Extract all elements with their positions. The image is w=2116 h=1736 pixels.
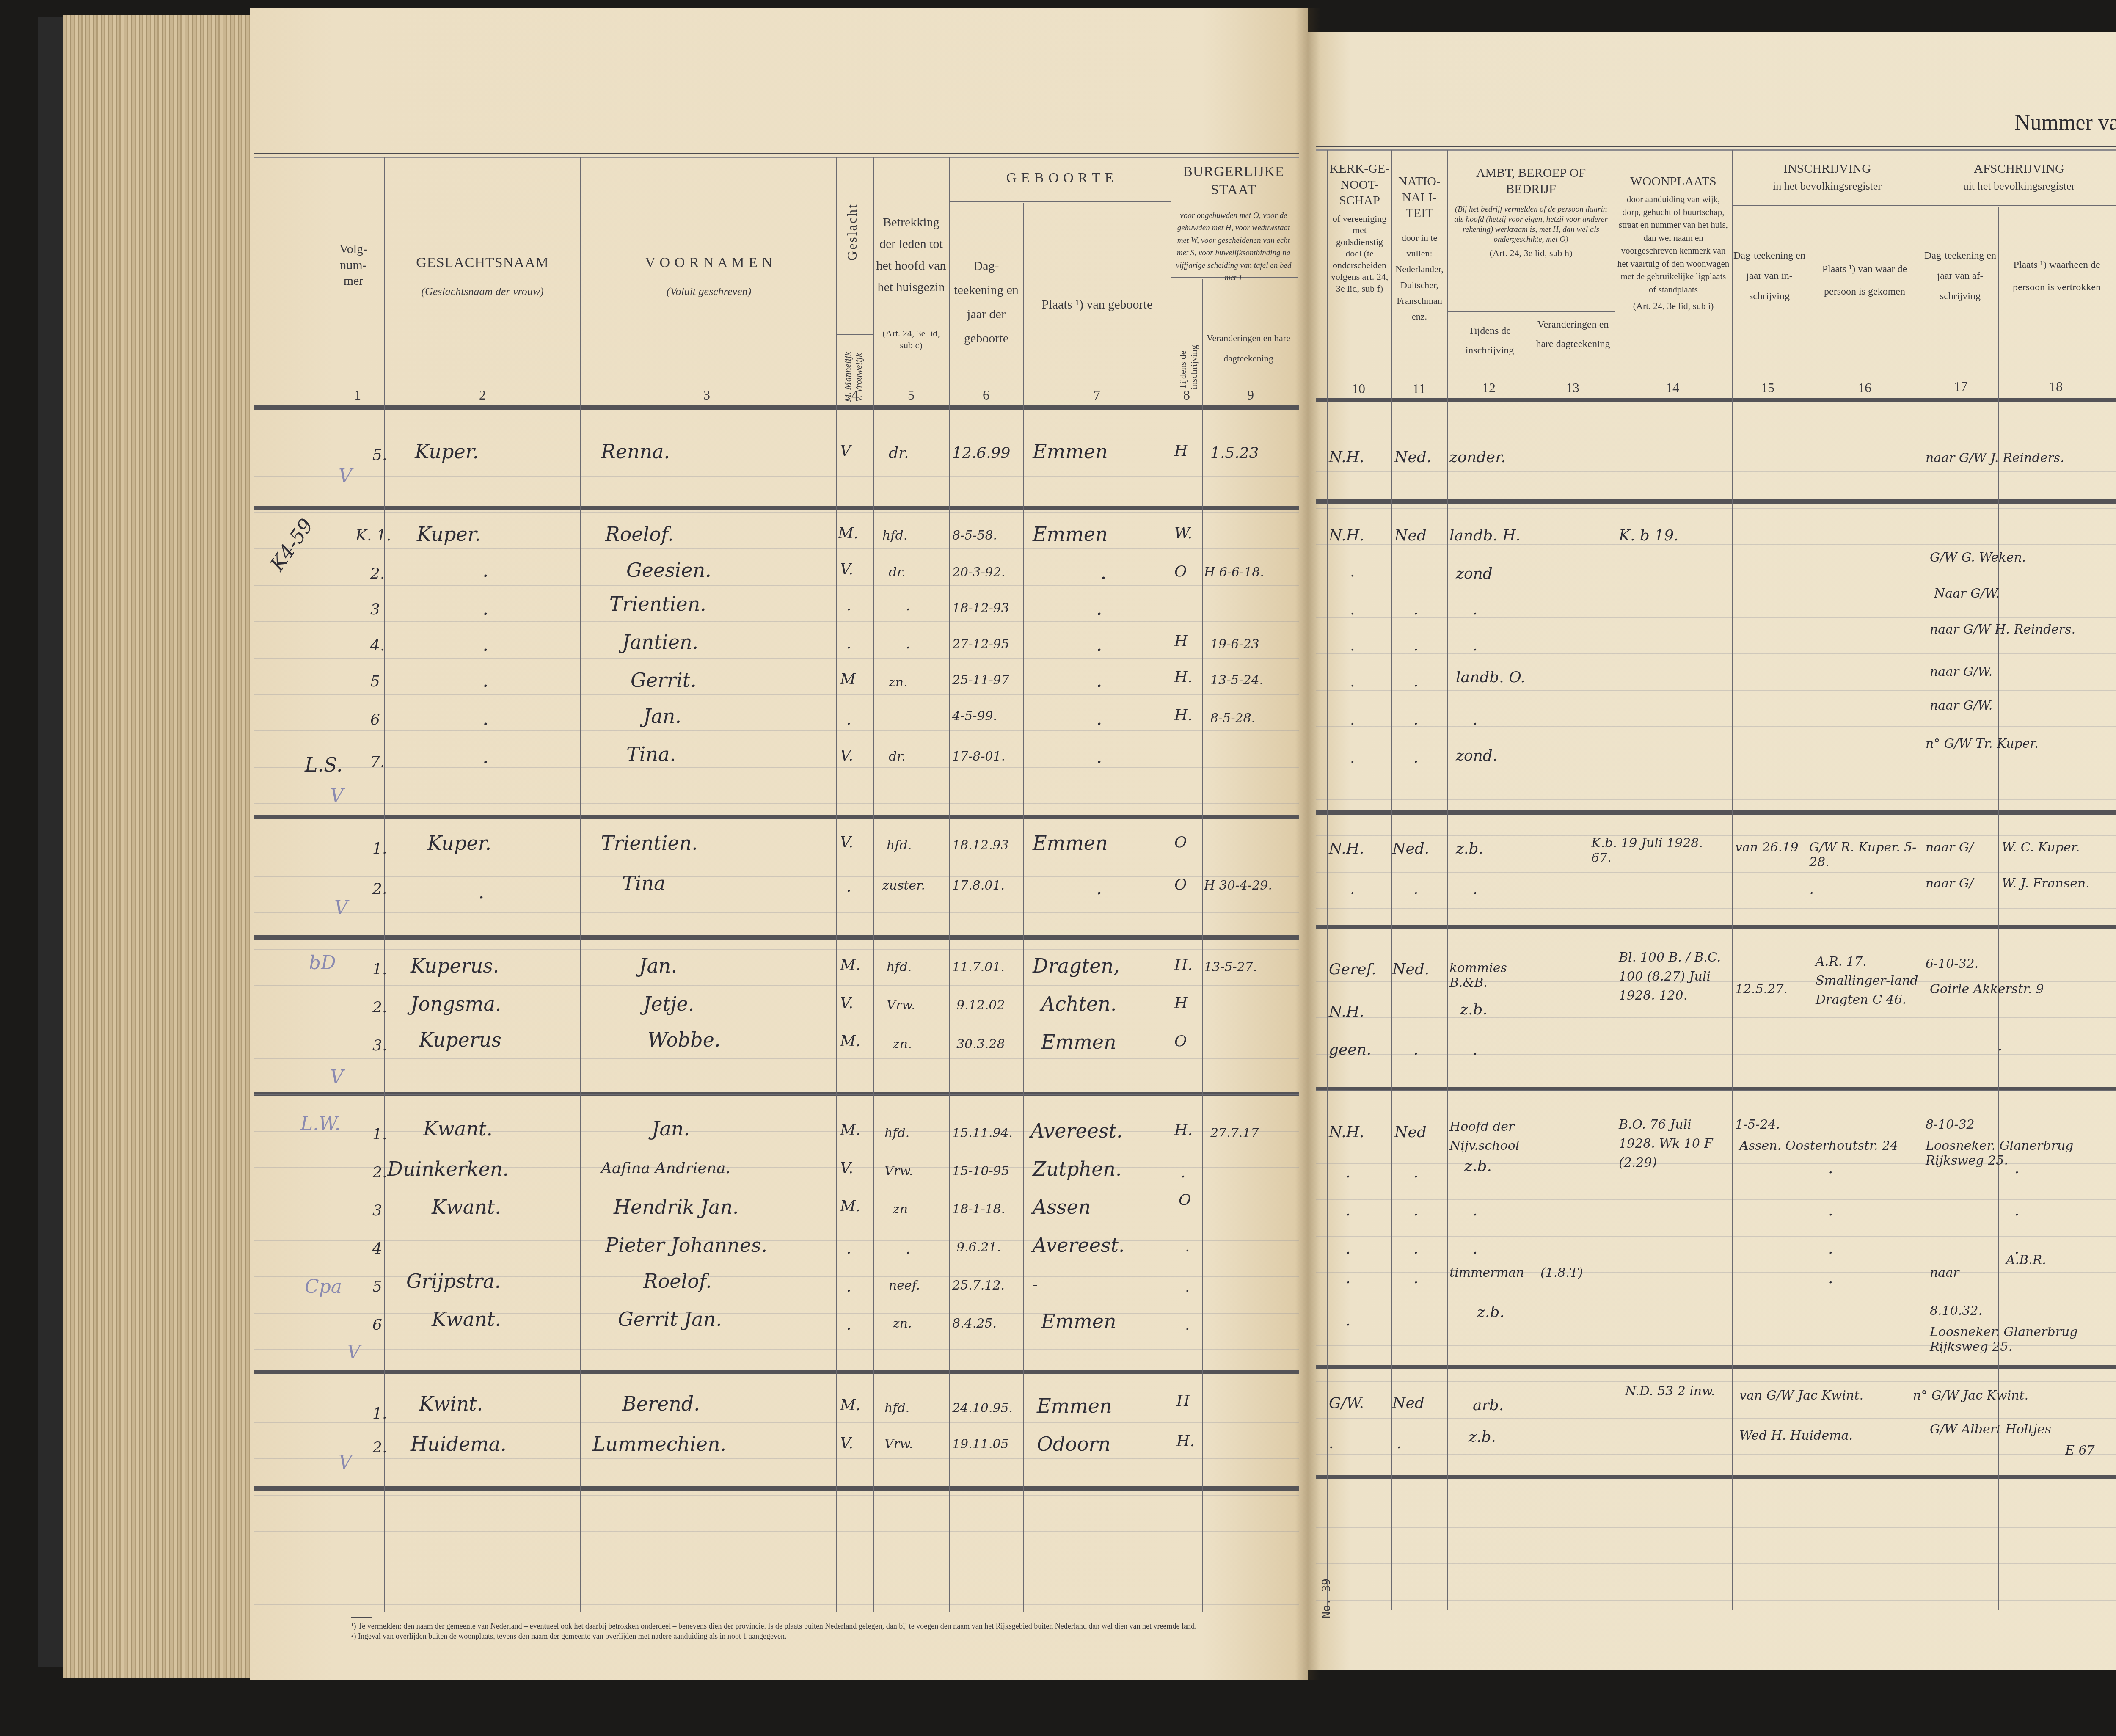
cell-ins-date: van 26.19	[1735, 840, 1799, 855]
cell-out-date: G/W Albert Holtjes	[1930, 1422, 2051, 1437]
cell-given: Jetje.	[643, 992, 694, 1015]
cell-out-to: W. C. Kuper.	[2002, 840, 2080, 855]
header-ambt-note: (Bij het bedrijf vermelden of de persoon…	[1449, 204, 1612, 245]
col-number: 1	[341, 387, 375, 403]
col-divider	[836, 157, 837, 1612]
header-geboorte-title: G E B O O R T E	[1006, 170, 1114, 186]
cell-nr: 3	[372, 1202, 382, 1219]
col-number: 9	[1234, 387, 1267, 403]
col-number: 17	[1944, 379, 1978, 394]
cell-relation: dr.	[889, 565, 906, 580]
cell-nationality: Ned.	[1392, 961, 1429, 978]
cell-sex: .	[846, 1278, 851, 1295]
cell-sex: M.	[840, 1198, 860, 1215]
cell-nationality: .	[1413, 749, 1418, 766]
cell-relation: hfd.	[884, 1401, 909, 1416]
col-number: 11	[1402, 381, 1436, 397]
header-geb-datum: Dag-teekening en jaar der geboorte	[951, 254, 1021, 350]
cell-birth-place: .	[1096, 745, 1102, 768]
col-divider	[949, 157, 950, 1612]
cell-civil: H	[1174, 442, 1187, 460]
geboorte-sub-rule	[949, 201, 1171, 202]
cell-birth-place: Emmen	[1037, 1394, 1112, 1417]
header-insch-datum: Dag-teekening en jaar van in-schrijving	[1733, 245, 1806, 306]
cell-relation: Vrw.	[884, 1164, 913, 1179]
insch-sub-rule	[1732, 205, 1923, 206]
cell-ins-from: G/W R. Kuper. 5-28.	[1809, 840, 1919, 870]
cell-surname: Kuperus	[419, 1028, 501, 1051]
cell-sex: V.	[840, 1435, 853, 1452]
cell-civil-change: 27.7.17	[1210, 1126, 1259, 1141]
header-kerk-title: KERK-GE-NOOT-SCHAP	[1329, 161, 1390, 209]
cell-out-to: Loosneker. Glanerbrug Rijksweg 25.	[1930, 1325, 2116, 1354]
cell-nr: K. 1.	[355, 527, 391, 544]
cell-surname: .	[482, 559, 489, 581]
cell-residence: N.D. 53 2 inw.	[1625, 1384, 1715, 1399]
cell-civil: O	[1174, 563, 1187, 580]
cell-civil: H.	[1174, 669, 1193, 686]
header-insch: INSCHRIJVING in het bevolkingsregister	[1733, 161, 1921, 193]
cell-given: Geesien.	[626, 559, 711, 581]
cell-relation: .	[906, 597, 910, 614]
cell-birth-date: 8-5-58.	[952, 528, 997, 543]
col-number: 5	[894, 387, 928, 403]
col-number: 13	[1556, 380, 1590, 396]
cell-surname: .	[482, 669, 489, 692]
cell-nr: 6	[372, 1316, 382, 1334]
cell-nr: 1.	[372, 1405, 387, 1422]
header-ambt-tijdens: Tijdens de inschrijving	[1449, 322, 1530, 360]
cell-birth-place: Emmen	[1033, 440, 1108, 463]
cell-surname: .	[482, 745, 489, 768]
cell-civil: O	[1174, 876, 1187, 893]
cell-nationality: .	[1413, 711, 1418, 728]
cell-civil-change: 13-5-24.	[1210, 673, 1263, 688]
header-afsch-datum: Dag-teekening en jaar van af-schrijving	[1924, 245, 1997, 306]
cell-church: .	[1346, 1202, 1350, 1219]
col-divider	[580, 157, 581, 1612]
cell-occupation: .	[1473, 601, 1477, 618]
cell-sex: V.	[840, 561, 853, 578]
cell-surname: Duinkerken.	[387, 1157, 509, 1180]
cell-relation: neef.	[889, 1278, 920, 1293]
cell-church: .	[1350, 601, 1355, 618]
cell-out-to: A.B.R.	[2006, 1253, 2046, 1268]
cell-nationality: .	[1397, 1435, 1401, 1452]
header-kerk-note: of vereeniging met godsdienstig doel (te…	[1329, 213, 1390, 295]
cell-civil-change: 19-6-23	[1210, 637, 1259, 652]
col-number: 14	[1656, 380, 1689, 396]
footnotes: ¹) Te vermelden: den naam der gemeente v…	[351, 1621, 1282, 1642]
cell-sex: .	[846, 597, 851, 614]
header-kerk: KERK-GE-NOOT-SCHAP of vereeniging met go…	[1329, 161, 1390, 294]
col-number: 18	[2039, 379, 2073, 394]
cell-birth-date: 30.3.28	[956, 1037, 1005, 1052]
margin-note: bD	[309, 952, 336, 974]
cell-civil: .	[1185, 1278, 1190, 1295]
cell-out-date: 8.10.32.	[1930, 1303, 1982, 1318]
cell-nationality: Ned	[1392, 1394, 1424, 1412]
page-stamp: No. 39	[1320, 1579, 1333, 1618]
cell-birth-place: .	[1096, 876, 1102, 899]
cell-sex: M.	[838, 525, 858, 542]
header-afsch-sub: uit het bevolkingsregister	[1924, 179, 2114, 193]
cell-out-to: naar G/W H. Reinders.	[1930, 622, 2075, 637]
cell-church: .	[1346, 1270, 1350, 1287]
col-number: 12	[1472, 380, 1506, 396]
header-ambt-title: AMBT, BEROEP OF BEDRIJF	[1449, 165, 1612, 197]
cell-birth-place: Dragten,	[1033, 954, 1120, 977]
cell-out-to: naar G/W J. Reinders.	[1926, 451, 2064, 466]
cell-given: Berend.	[622, 1392, 700, 1415]
cell-nr: 1.	[372, 961, 387, 978]
cell-given: Gerrit.	[631, 669, 697, 692]
header-volgnummer-text: Volg- num- mer	[339, 242, 367, 288]
col-number: 15	[1751, 380, 1785, 396]
cell-birth-place: Avereest.	[1033, 1234, 1125, 1257]
cell-out-to: G/W G. Weken.	[1930, 550, 2026, 565]
cell-given: Tina	[622, 872, 665, 895]
cell-sex: V.	[840, 834, 853, 851]
cell-relation: zuster.	[882, 878, 925, 893]
cell-out-to: n° G/W Tr. Kuper.	[1926, 736, 2039, 751]
cell-birth-place: Achten.	[1041, 992, 1117, 1015]
header-afsch-title: AFSCHRIJVING	[1924, 161, 2114, 177]
cell-surname: .	[482, 633, 489, 656]
col-divider	[1615, 150, 1615, 1610]
cell-birth-date: 9.6.21.	[956, 1240, 1001, 1255]
col-divider	[1391, 150, 1392, 1610]
cell-relation: Vrw.	[887, 998, 915, 1013]
cell-relation: zn	[893, 1202, 908, 1217]
cell-occupation: z.b.	[1469, 1428, 1496, 1446]
check-mark: V	[339, 1452, 352, 1473]
cell-birth-place: .	[1096, 633, 1102, 656]
cell-nationality: .	[1413, 637, 1418, 654]
cell-given: Trientien.	[609, 592, 706, 615]
cell-occupation: .	[1473, 711, 1477, 728]
col-number: 2	[466, 387, 499, 403]
cell-residence: K.b. 19 Juli 1928. 67.	[1591, 836, 1718, 865]
cell-nr: 1.	[372, 840, 387, 857]
cell-occupation: z.b.	[1460, 1001, 1488, 1018]
cell-church: .	[1346, 1164, 1350, 1181]
header-voornamen: V O O R N A M E N (Voluit geschreven)	[586, 254, 832, 298]
header-geb-datum-text: Dag-teekening en jaar der geboorte	[954, 259, 1018, 345]
cell-surname: .	[482, 707, 489, 730]
header-betrekking-note: (Art. 24, 3e lid, sub c)	[875, 328, 947, 351]
cell-ins-from: A.R. 17. Smallinger-land Dragten C 46.	[1816, 952, 1919, 1009]
header-betrekking: Betrekking der leden tot het hoofd van h…	[875, 212, 947, 351]
cell-relation: zn.	[893, 1037, 912, 1052]
cell-relation: .	[906, 1240, 910, 1257]
geslacht-sub-rule	[836, 334, 873, 335]
cell-birth-date: 20-3-92.	[952, 565, 1005, 580]
cell-out-to: naar G/W.	[1930, 698, 1992, 713]
cell-given: Aafina Andriena.	[601, 1160, 730, 1177]
cell-surname: .	[482, 597, 489, 620]
cell-birth-date: 18-12-93	[952, 601, 1009, 616]
header-voornamen-note: (Voluit geschreven)	[586, 285, 832, 299]
cell-relation: hfd.	[887, 960, 912, 975]
ambt-sub-rule	[1447, 311, 1615, 312]
cell-sex: .	[846, 711, 851, 728]
cell-civil: H.	[1174, 707, 1193, 724]
cell-civil: O	[1174, 834, 1187, 851]
cell-nr: 2.	[372, 999, 387, 1016]
header-woon: WOONPLAATS door aanduiding van wijk, dor…	[1617, 174, 1730, 312]
header-top-rule-left	[254, 153, 1299, 154]
cell-birth-date: 8.4.25.	[952, 1316, 997, 1331]
cell-sex: M.	[840, 956, 860, 974]
cell-sex: M	[840, 671, 856, 688]
cell-surname: Kwant.	[432, 1196, 501, 1218]
header-nat: NATIO-NALI-TEIT door in te vullen: Neder…	[1392, 174, 1446, 325]
cell-nationality: .	[1413, 601, 1418, 618]
cell-nationality: .	[1413, 1270, 1418, 1287]
cell-residence: Bl. 100 B. / B.C. 100 (8.27) Juli 1928. …	[1619, 948, 1729, 1005]
cell-ins-date: .	[1828, 1202, 1833, 1219]
cell-surname: Kwint.	[419, 1392, 483, 1415]
header-burg-note: voor ongehuwden met O, voor de gehuwden …	[1172, 209, 1295, 284]
cell-nr: 7.	[370, 753, 385, 771]
margin-note: L.S.	[305, 753, 343, 776]
cell-ins-from: .	[2014, 1160, 2019, 1177]
cell-civil: H.	[1174, 1122, 1193, 1139]
cell-ins-date: .	[1828, 1160, 1833, 1177]
cell-out-to: Goirle Akkerstr. 9	[1930, 982, 2112, 997]
cell-civil: H	[1174, 633, 1187, 650]
cell-surname: Huidema.	[411, 1433, 507, 1455]
cell-nationality: Ned	[1394, 1124, 1427, 1141]
cell-relation: dr.	[889, 444, 909, 462]
cell-nationality: .	[1413, 1041, 1418, 1058]
cell-birth-date: 15.11.94.	[952, 1126, 1013, 1141]
cell-birth-place: Avereest.	[1030, 1119, 1123, 1142]
cell-nationality: .	[1413, 1164, 1418, 1181]
cell-surname: Jongsma.	[411, 992, 501, 1015]
cell-birth-date: 12.6.99	[952, 444, 1010, 462]
cell-relation: .	[906, 635, 910, 652]
cell-out-date: n° G/W Jac Kwint.	[1913, 1388, 2028, 1403]
header-bottom-rule-right	[1316, 398, 2116, 402]
cell-nr: 5	[370, 673, 380, 690]
cell-nr: 4.	[370, 637, 385, 654]
cell-nr: 3.	[372, 1037, 387, 1054]
cell-church: .	[1350, 673, 1355, 690]
cell-relation: hfd.	[884, 1126, 909, 1141]
cell-church: G/W.	[1329, 1394, 1364, 1412]
cell-occupation: kommies B.&B.	[1449, 961, 1530, 990]
cell-nationality: .	[1413, 1202, 1418, 1219]
cell-church: .	[1346, 1312, 1350, 1329]
cell-birth-date: 18.12.93	[952, 838, 1009, 853]
cell-relation: hfd.	[882, 528, 907, 543]
cell-nationality: .	[1413, 1240, 1418, 1257]
header-ambt-verand-text: Veranderingen en hare dagteekening	[1536, 319, 1610, 350]
cell-church: .	[1350, 637, 1355, 654]
cell-occupation: zond	[1456, 565, 1493, 582]
cell-ins-date: .	[1828, 1270, 1833, 1287]
cell-civil: .	[1185, 1238, 1190, 1255]
margin-note: L.W.	[300, 1113, 341, 1135]
col-divider	[1732, 150, 1733, 1610]
cell-birth-place: -	[1033, 1276, 1038, 1293]
cell-civil: H.	[1176, 1433, 1195, 1450]
cell-relation: Vrw.	[884, 1437, 913, 1452]
cell-out-date: naar G/	[1926, 840, 1973, 855]
cell-occ-change: (1.8.T)	[1540, 1265, 1583, 1280]
cell-nationality: Ned.	[1394, 449, 1431, 466]
cell-civil: O	[1174, 1033, 1187, 1050]
col-divider	[1202, 279, 1203, 1612]
cell-birth-date: 18-1-18.	[952, 1202, 1005, 1217]
col-number: 8	[1170, 387, 1204, 403]
cell-occupation: zonder.	[1449, 449, 1506, 466]
cell-sex: V	[840, 442, 851, 460]
cell-nr: 3	[370, 601, 380, 618]
cell-given: Roelof.	[643, 1270, 712, 1292]
cell-residence: K. b 19.	[1619, 527, 1679, 544]
cell-given: Hendrik Jan.	[614, 1196, 739, 1218]
cell-nr: 5.	[372, 446, 387, 464]
cell-given: Renna.	[601, 440, 670, 463]
cell-ins-from: .	[1809, 880, 1814, 898]
cell-birth-place: .	[1096, 597, 1102, 620]
cell-ins-from: Wed H. Huidema.	[1739, 1428, 1853, 1443]
cell-given: Jan.	[639, 954, 677, 977]
header-bottom-rule-left	[254, 405, 1299, 410]
cell-sex: M.	[840, 1122, 860, 1139]
header-ambt-art: (Art. 24, 3e lid, sub h)	[1449, 247, 1612, 259]
cell-nr: 2.	[370, 565, 385, 582]
header-volgnummer: Volg- num- mer	[330, 241, 377, 289]
cell-birth-date: 19.11.05	[952, 1437, 1009, 1452]
check-mark: V	[330, 785, 344, 807]
cell-ins-date: .	[1828, 1240, 1833, 1257]
col-divider	[1327, 150, 1328, 1610]
cell-sex: V.	[840, 1160, 853, 1177]
cell-church: geen.	[1329, 1041, 1371, 1058]
check-mark: V	[347, 1342, 361, 1363]
cell-birth-place: .	[1096, 669, 1102, 692]
cell-sex: .	[846, 1316, 851, 1334]
cell-nr: 2.	[372, 1164, 387, 1181]
header-afsch: AFSCHRIJVING uit het bevolkingsregister	[1924, 161, 2114, 193]
cell-ins-from: .	[2014, 1202, 2019, 1219]
cell-birth-place: Emmen	[1041, 1310, 1116, 1333]
header-burg-verand: Veranderingen en hare dagteekening	[1204, 328, 1293, 369]
cell-birth-place: .	[1100, 561, 1107, 584]
check-mark: V	[339, 466, 352, 487]
cell-nr: 2.	[372, 880, 387, 898]
header-ambt: AMBT, BEROEP OF BEDRIJF (Bij het bedrijf…	[1449, 165, 1612, 259]
cell-out-to: E 67	[2065, 1443, 2095, 1458]
cell-birth-place: Emmen	[1033, 523, 1108, 546]
cell-birth-date: 17-8-01.	[952, 749, 1005, 764]
cell-civil: W.	[1174, 525, 1192, 542]
cell-out-to: naar G/W.	[1930, 664, 1992, 679]
cell-occupation: landb. O.	[1456, 669, 1525, 686]
cell-birth-date: 25.7.12.	[952, 1278, 1005, 1293]
header-afsch-datum-text: Dag-teekening en jaar van af-schrijving	[1924, 250, 1996, 302]
header-ambt-tijdens-text: Tijdens de inschrijving	[1466, 325, 1514, 356]
cell-given: Pieter Johannes.	[605, 1234, 767, 1257]
check-mark: V	[334, 897, 348, 919]
cell-out-to: Naar G/W.	[1934, 586, 2000, 601]
cell-surname: .	[478, 880, 485, 903]
cell-relation: zn.	[893, 1316, 912, 1331]
cell-occupation: .	[1473, 1202, 1477, 1219]
cell-given: Trientien.	[601, 832, 698, 854]
cell-sex: V.	[840, 747, 853, 764]
cell-birth-date: 11.7.01.	[952, 960, 1005, 975]
cell-relation: hfd.	[887, 838, 912, 853]
col-number: 3	[690, 387, 724, 403]
cell-sex: .	[846, 635, 851, 652]
cell-surname: Kuperus.	[411, 954, 499, 977]
header-woon-note: door aanduiding van wijk, dorp, gehucht …	[1617, 193, 1730, 296]
header-burg-staat: BURGERLIJKE STAAT voor ongehuwden met O,…	[1172, 163, 1295, 284]
cell-birth-place: Emmen	[1033, 832, 1108, 854]
cell-civil: .	[1181, 1164, 1185, 1181]
col-number: 16	[1848, 380, 1882, 396]
cell-birth-date: 27-12-95	[952, 637, 1009, 652]
cell-occupation: arb.	[1473, 1397, 1504, 1414]
header-insch-plaats-text: Plaats ¹) van waar de persoon is gekomen	[1822, 264, 1907, 297]
header-betrekking-title: Betrekking der leden tot het hoofd van h…	[875, 212, 947, 298]
cell-given: Lummechien.	[592, 1433, 726, 1455]
cell-given: Jan.	[652, 1117, 690, 1140]
cell-occupation: .	[1473, 637, 1477, 654]
cell-civil: O	[1179, 1191, 1191, 1209]
footnote-2: ²) Ingeval van overlijden buiten de woon…	[351, 1631, 1282, 1641]
header-burg-staat-title: BURGERLIJKE STAAT	[1172, 163, 1295, 199]
cell-civil-change: 13-5-27.	[1204, 960, 1257, 975]
cell-civil-change: H 30-4-29.	[1204, 878, 1272, 893]
cell-church: Geref.	[1329, 961, 1376, 978]
header-insch-sub: in het bevolkingsregister	[1733, 179, 1921, 193]
cell-church: N.H.	[1329, 1124, 1364, 1141]
header-voornamen-title: V O O R N A M E N	[586, 254, 832, 272]
afsch-sub-rule	[1923, 205, 2116, 206]
cell-given: Wobbe.	[647, 1028, 721, 1051]
header-ambt-verand: Veranderingen en hare dagteekening	[1533, 315, 1613, 354]
cell-birth-place: .	[1096, 707, 1102, 730]
cell-occupation: .	[1473, 1240, 1477, 1257]
col-divider	[1447, 150, 1448, 1610]
cell-civil: H.	[1174, 956, 1193, 974]
cell-church: .	[1350, 563, 1355, 580]
header-afsch-plaats-text: Plaats ¹) waarheen de persoon is vertrok…	[2013, 259, 2101, 293]
check-mark: V	[330, 1066, 344, 1088]
cell-nationality: .	[1413, 673, 1418, 690]
header-top-rule-right	[1316, 146, 2116, 147]
col-divider	[1532, 313, 1532, 1610]
cell-residence: B.O. 76 Juli 1928. Wk 10 F (2.29)	[1619, 1115, 1729, 1172]
cell-church: N.H.	[1329, 1003, 1364, 1020]
col-number: 10	[1342, 381, 1375, 397]
cell-civil: H	[1176, 1392, 1190, 1410]
footnote-1: ¹) Te vermelden: den naam der gemeente v…	[351, 1621, 1282, 1631]
header-geslachtsnaam-title: GESLACHTSNAAM	[389, 254, 576, 272]
cell-surname: Kuper.	[427, 832, 491, 854]
cell-ins-date: 12.5.27.	[1735, 982, 1788, 997]
header-nat-note: door in te vullen: Nederlander, Duitsche…	[1392, 230, 1446, 325]
cell-birth-date: 15-10-95	[952, 1164, 1009, 1179]
footnote-rule	[351, 1617, 372, 1618]
header-burg-tijdens: Tijdens de inschrijving	[1177, 313, 1199, 389]
